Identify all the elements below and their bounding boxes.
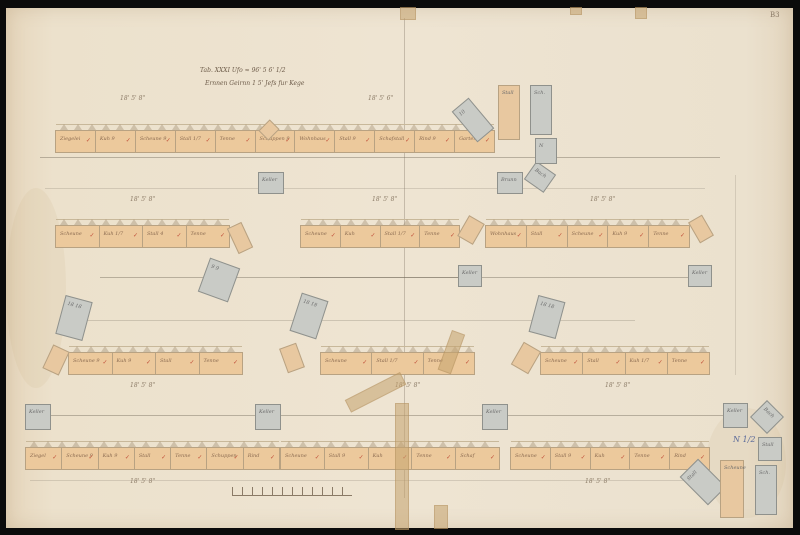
building-unit: Kuh 9✓ [96, 131, 136, 152]
outbuilding-label: Keller [259, 409, 274, 415]
check-mark-icon: ✓ [161, 454, 166, 461]
gable-icon [417, 219, 425, 225]
building-unit: Wohnhaus✓ [295, 131, 335, 152]
gable-icon [545, 346, 553, 352]
building-unit: Kuh 1/7✓ [626, 353, 668, 374]
sheet-number: B3 [770, 11, 780, 19]
unit-label: Schafstall [379, 136, 404, 142]
row-2c: Wohnhaus✓Stall✓Scheune✓Kuh 9✓Tenne✓ [485, 225, 690, 248]
gable-icon [644, 219, 652, 225]
tape-strip [635, 7, 647, 19]
gable-icon [585, 441, 593, 447]
check-mark-icon: ✓ [86, 137, 91, 144]
gable-icon [254, 441, 262, 447]
unit-label: Scheune 9 [140, 136, 167, 142]
gable-icon [452, 124, 460, 130]
dimension-label: 18' 5' 8" [590, 196, 615, 203]
gable-icon [185, 346, 193, 352]
outbuilding-label: Keller [692, 270, 707, 276]
gable-icon [327, 441, 335, 447]
gable-icon [101, 346, 109, 352]
building-unit: Kuh 9✓ [608, 226, 649, 247]
gable-icon [616, 219, 624, 225]
gable-icon [465, 346, 473, 352]
outbuilding-label: Stall [686, 470, 698, 482]
building-unit: Kuh✓ [591, 448, 631, 469]
unit-label: Scheune [325, 358, 347, 364]
unit-label: Tenne [653, 231, 668, 237]
check-mark-icon: ✓ [315, 454, 320, 461]
gable-icon [481, 441, 489, 447]
check-mark-icon: ✓ [700, 359, 705, 366]
building-unit: Tenne✓ [200, 353, 243, 374]
check-mark-icon: ✓ [446, 454, 451, 461]
ob-6: Sch. [530, 85, 552, 135]
gable-icon [325, 346, 333, 352]
gable-icon [213, 346, 221, 352]
unit-label: Stall 9 [555, 453, 571, 459]
gable-icon [30, 441, 38, 447]
tape-strip [400, 7, 416, 20]
building-unit: Wohnhaus✓ [486, 226, 527, 247]
gable-icon [339, 346, 347, 352]
outbuilding-label: Sch. [759, 470, 770, 476]
check-mark-icon: ✓ [89, 454, 94, 461]
ob-5: Stall [498, 85, 520, 140]
outbuilding-label: Bach [762, 406, 775, 419]
unit-label: Stall [531, 231, 543, 237]
ob-19: Stall [758, 437, 782, 461]
gable-icon [403, 219, 411, 225]
tape-strip [395, 403, 409, 530]
gable-icon [298, 124, 306, 130]
outbuilding-label: 18 18 [539, 301, 554, 311]
check-mark-icon: ✓ [615, 359, 620, 366]
unit-label: Kuh 9 [612, 231, 627, 237]
gable-icon [74, 124, 82, 130]
check-mark-icon: ✓ [359, 454, 364, 461]
dimension-label: 18' 5' 8" [130, 478, 155, 485]
unit-label: Rind 9 [419, 136, 436, 142]
building-unit: Stall 1/7✓ [381, 226, 421, 247]
gable-icon [445, 219, 453, 225]
street-line [45, 188, 705, 189]
check-mark-icon: ✓ [658, 359, 663, 366]
gable-icon [87, 346, 95, 352]
gable-icon [431, 219, 439, 225]
outbuilding-label: Brunn [501, 177, 517, 183]
dimension-label: 18' 5' 8" [130, 382, 155, 389]
unit-label: Kuh 9 [117, 358, 132, 364]
unit-label: Kuh 1/7 [104, 231, 124, 237]
gable-icon [671, 346, 679, 352]
unit-label: Kuh [595, 453, 605, 459]
gable-icon [571, 441, 579, 447]
building-unit: Scheune✓ [568, 226, 609, 247]
building-unit: Tenne✓ [412, 448, 456, 469]
building-unit: Stall 4✓ [143, 226, 187, 247]
unit-label: Kuh 9 [103, 453, 118, 459]
gable-icon [543, 441, 551, 447]
gable-icon [102, 124, 110, 130]
gable-icon [560, 219, 568, 225]
gable-icon [130, 219, 138, 225]
unit-label: Tenne [424, 231, 439, 237]
ob-1: Keller [258, 172, 284, 194]
unit-label: Wohnhaus [299, 136, 325, 142]
building-unit: Scheune 9✓ [62, 448, 98, 469]
gable-icon [588, 219, 596, 225]
gable-icon [130, 124, 138, 130]
gable-icon [341, 441, 349, 447]
check-mark-icon: ✓ [166, 137, 171, 144]
building-unit: Stall✓ [583, 353, 625, 374]
dimension-label: 18' 5' 8" [120, 95, 145, 102]
gable-icon [158, 219, 166, 225]
check-mark-icon: ✓ [220, 232, 225, 239]
dimension-label: 18' 5' 8" [585, 478, 610, 485]
building-unit: Scheune✓ [511, 448, 551, 469]
gable-icon [409, 346, 417, 352]
unit-label: Stall 1/7 [376, 358, 397, 364]
row-4a: Ziegel✓Scheune 9✓Kuh 9✓Stall✓Tenne✓Schup… [25, 447, 280, 470]
gable-icon [102, 219, 110, 225]
building-unit: Scheune✓ [541, 353, 583, 374]
check-mark-icon: ✓ [660, 454, 665, 461]
ob-20: Sch. [755, 465, 777, 515]
gable-icon [424, 124, 432, 130]
building-unit: Kuh 9✓ [113, 353, 157, 374]
gable-icon [340, 124, 348, 130]
gable-icon [532, 219, 540, 225]
building-unit: Schafstall✓ [375, 131, 415, 152]
check-mark-icon: ✓ [133, 232, 138, 239]
unit-label: Kuh 9 [100, 136, 115, 142]
unit-label: Schaf [460, 453, 474, 459]
check-mark-icon: ✓ [197, 454, 202, 461]
gable-icon [114, 441, 122, 447]
building-unit: Schuppen✓ [207, 448, 243, 469]
gable-icon [382, 124, 390, 130]
building-unit: Scheune✓ [56, 226, 100, 247]
building-unit: Tenne✓ [171, 448, 207, 469]
north-note: N 1/2 [733, 435, 755, 444]
unit-label: Rind [674, 453, 686, 459]
unit-label: Kuh [345, 231, 355, 237]
gable-icon [313, 441, 321, 447]
building-unit: Ziegel✓ [26, 448, 62, 469]
gable-icon [100, 441, 108, 447]
outbuilding-label: Keller [262, 177, 277, 183]
unit-label: Stall 4 [147, 231, 163, 237]
gable-icon [242, 124, 250, 130]
gable-icon [228, 124, 236, 130]
check-mark-icon: ✓ [581, 454, 586, 461]
gable-icon [198, 441, 206, 447]
building-unit: Tenne✓ [649, 226, 689, 247]
gable-icon [643, 346, 651, 352]
outbuilding-label: Keller [29, 409, 44, 415]
check-mark-icon: ✓ [176, 232, 181, 239]
gable-icon [467, 441, 475, 447]
check-mark-icon: ✓ [680, 232, 685, 239]
outbuilding-label: Keller [486, 409, 501, 415]
unit-label: Stall [139, 453, 151, 459]
row-3c: Scheune✓Stall✓Kuh 1/7✓Tenne✓ [540, 352, 710, 375]
gable-icon [658, 219, 666, 225]
gable-icon [602, 219, 610, 225]
unit-label: Stall [160, 358, 172, 364]
building-unit: Stall 1/7✓ [176, 131, 216, 152]
gable-icon [453, 441, 461, 447]
gable-icon [319, 219, 327, 225]
outbuilding-label: N [539, 143, 543, 149]
building-unit: Stall 9✓ [325, 448, 369, 469]
gable-icon [613, 441, 621, 447]
building-unit: Tenne✓ [187, 226, 230, 247]
building-unit: Schaf✓ [456, 448, 499, 469]
gable-icon [268, 441, 276, 447]
gable-icon [88, 219, 96, 225]
check-mark-icon: ✓ [126, 137, 131, 144]
outbuilding-label: 18 18 [67, 301, 82, 311]
unit-label: Scheune [285, 453, 307, 459]
building-unit: Scheune 9✓ [69, 353, 113, 374]
axis-line [735, 175, 736, 375]
check-mark-icon: ✓ [270, 454, 275, 461]
gable-icon [172, 124, 180, 130]
gable-icon [186, 219, 194, 225]
gable-icon [425, 441, 433, 447]
gable-icon [74, 219, 82, 225]
gable-icon [184, 441, 192, 447]
gable-icon [697, 441, 705, 447]
outbuilding-label: Keller [462, 270, 477, 276]
building-unit: Kuh 9✓ [99, 448, 135, 469]
gable-icon [672, 219, 680, 225]
ob-2: Brunn [497, 172, 523, 194]
gable-icon [615, 346, 623, 352]
outbuilding-label: Stall [762, 442, 774, 448]
check-mark-icon: ✓ [234, 454, 239, 461]
building-unit: Scheune✓ [301, 226, 341, 247]
building-unit: Tenne✓ [630, 448, 670, 469]
check-mark-icon: ✓ [485, 137, 490, 144]
street-line [30, 415, 730, 416]
gable-icon [312, 124, 320, 130]
check-mark-icon: ✓ [541, 454, 546, 461]
gable-icon [395, 346, 403, 352]
check-mark-icon: ✓ [189, 359, 194, 366]
unit-label: Tenne [175, 453, 190, 459]
gable-icon [515, 441, 523, 447]
unit-label: Scheune [60, 231, 82, 237]
gable-icon [546, 219, 554, 225]
outbuilding-label: 9 9 [210, 264, 220, 272]
building-unit: Kuh 1/7✓ [100, 226, 144, 247]
gable-icon [116, 219, 124, 225]
gable-icon [641, 441, 649, 447]
gable-icon [226, 441, 234, 447]
building-unit: Scheune✓ [281, 448, 325, 469]
gable-icon [73, 346, 81, 352]
gable-icon [86, 441, 94, 447]
gable-icon [156, 441, 164, 447]
unit-label: Scheune [515, 453, 537, 459]
building-unit: Rind 9✓ [415, 131, 455, 152]
gable-icon [170, 441, 178, 447]
gable-icon [599, 441, 607, 447]
gable-icon [367, 346, 375, 352]
gable-icon [200, 124, 208, 130]
check-mark-icon: ✓ [445, 137, 450, 144]
row-4c: Scheune✓Stall 9✓Kuh✓Tenne✓Rind✓ [510, 447, 710, 470]
gable-icon [128, 441, 136, 447]
gable-icon [573, 346, 581, 352]
gable-icon [355, 441, 363, 447]
unit-label: Stall 9 [339, 136, 355, 142]
unit-label: Stall 1/7 [385, 231, 406, 237]
dimension-label: 18' 5' 8" [605, 382, 630, 389]
check-mark-icon: ✓ [331, 232, 336, 239]
gable-icon [143, 346, 151, 352]
gable-icon [438, 124, 446, 130]
gable-icon [171, 346, 179, 352]
gable-icon [629, 346, 637, 352]
gable-icon [685, 346, 693, 352]
outbuilding-label: Sch. [534, 90, 545, 96]
check-mark-icon: ✓ [206, 137, 211, 144]
gable-icon [212, 441, 220, 447]
unit-label: Tenne [204, 358, 219, 364]
ob-16: Keller [482, 404, 508, 430]
gable-icon [116, 124, 124, 130]
gable-icon [186, 124, 194, 130]
unit-label: Tenne [220, 136, 235, 142]
gable-icon [439, 441, 447, 447]
outbuilding-label: Bach [533, 167, 547, 179]
building-unit: Stall✓ [156, 353, 200, 374]
outbuilding-label: Keller [727, 408, 742, 414]
check-mark-icon: ✓ [146, 359, 151, 366]
gable-icon [529, 441, 537, 447]
unit-label: Rind [248, 453, 260, 459]
check-mark-icon: ✓ [246, 137, 251, 144]
street-line [300, 277, 700, 278]
unit-label: Scheune [545, 358, 567, 364]
gable-icon [227, 346, 235, 352]
check-mark-icon: ✓ [362, 359, 367, 366]
gable-icon [411, 441, 419, 447]
building-unit: Scheune✓ [321, 353, 372, 374]
ob-12: Keller [688, 265, 712, 287]
row-4b: Scheune✓Stall 9✓Kuh✓Tenne✓Schaf✓ [280, 447, 500, 470]
check-mark-icon: ✓ [125, 454, 130, 461]
gable-icon [158, 124, 166, 130]
gable-icon [58, 441, 66, 447]
gable-icon [144, 219, 152, 225]
building-unit: Rind✓ [244, 448, 279, 469]
gable-icon [669, 441, 677, 447]
check-mark-icon: ✓ [365, 137, 370, 144]
check-mark-icon: ✓ [405, 137, 410, 144]
outbuilding-label: 18 18 [302, 299, 317, 309]
building-unit: Stall 9✓ [551, 448, 591, 469]
row-2b: Scheune✓Kuh✓Stall 1/7✓Tenne✓ [300, 225, 460, 248]
check-mark-icon: ✓ [700, 454, 705, 461]
check-mark-icon: ✓ [620, 454, 625, 461]
ob-15: Keller [255, 404, 281, 430]
gable-icon [383, 441, 391, 447]
check-mark-icon: ✓ [598, 232, 603, 239]
unit-label: Kuh 1/7 [630, 358, 650, 364]
gable-icon [142, 441, 150, 447]
unit-label: Tenne [416, 453, 431, 459]
dimension-label: 18' 5' 8" [372, 196, 397, 203]
unit-label: Kuh [373, 453, 383, 459]
gable-icon [172, 219, 180, 225]
gable-icon [381, 346, 389, 352]
gable-icon [557, 441, 565, 447]
gable-icon [353, 346, 361, 352]
unit-label: Ziegelei [60, 136, 80, 142]
outbuilding-label: Scheune [724, 465, 746, 471]
gable-icon [361, 219, 369, 225]
check-mark-icon: ✓ [102, 359, 107, 366]
check-mark-icon: ✓ [370, 232, 375, 239]
unit-label: Tenne [634, 453, 649, 459]
gable-icon [60, 124, 68, 130]
ob-17: Keller [723, 403, 748, 428]
check-mark-icon: ✓ [89, 232, 94, 239]
unit-label: Stall 9 [329, 453, 345, 459]
gable-icon [518, 219, 526, 225]
building-unit: Scheune 9✓ [136, 131, 176, 152]
building-unit: Tenne✓ [420, 226, 459, 247]
check-mark-icon: ✓ [558, 232, 563, 239]
gable-icon [423, 346, 431, 352]
gable-icon [299, 441, 307, 447]
check-mark-icon: ✓ [233, 359, 238, 366]
gable-icon [157, 346, 165, 352]
gable-icon [214, 124, 222, 130]
gable-icon [587, 346, 595, 352]
gable-icon [627, 441, 635, 447]
gable-icon [601, 346, 609, 352]
gable-icon [699, 346, 707, 352]
street-line [40, 157, 720, 158]
check-mark-icon: ✓ [52, 454, 57, 461]
unit-label: Scheune [572, 231, 594, 237]
check-mark-icon: ✓ [410, 232, 415, 239]
tape-strip [434, 505, 448, 529]
check-mark-icon: ✓ [573, 359, 578, 366]
unit-label: Scheune [305, 231, 327, 237]
gable-icon [368, 124, 376, 130]
gable-icon [199, 346, 207, 352]
unit-label: Stall [587, 358, 599, 364]
check-mark-icon: ✓ [465, 359, 470, 366]
check-mark-icon: ✓ [325, 137, 330, 144]
gable-icon [490, 219, 498, 225]
building-unit: Tenne✓ [668, 353, 709, 374]
unit-label: Scheune 9 [73, 358, 100, 364]
title-line-1: Tab. XXXI Ufo ≈ 96' 5 6' 1/2 [200, 67, 286, 74]
building-unit: Tenne✓ [216, 131, 256, 152]
outbuilding-label: Stall [502, 90, 514, 96]
building-unit: Stall✓ [135, 448, 171, 469]
check-mark-icon: ✓ [285, 137, 290, 144]
